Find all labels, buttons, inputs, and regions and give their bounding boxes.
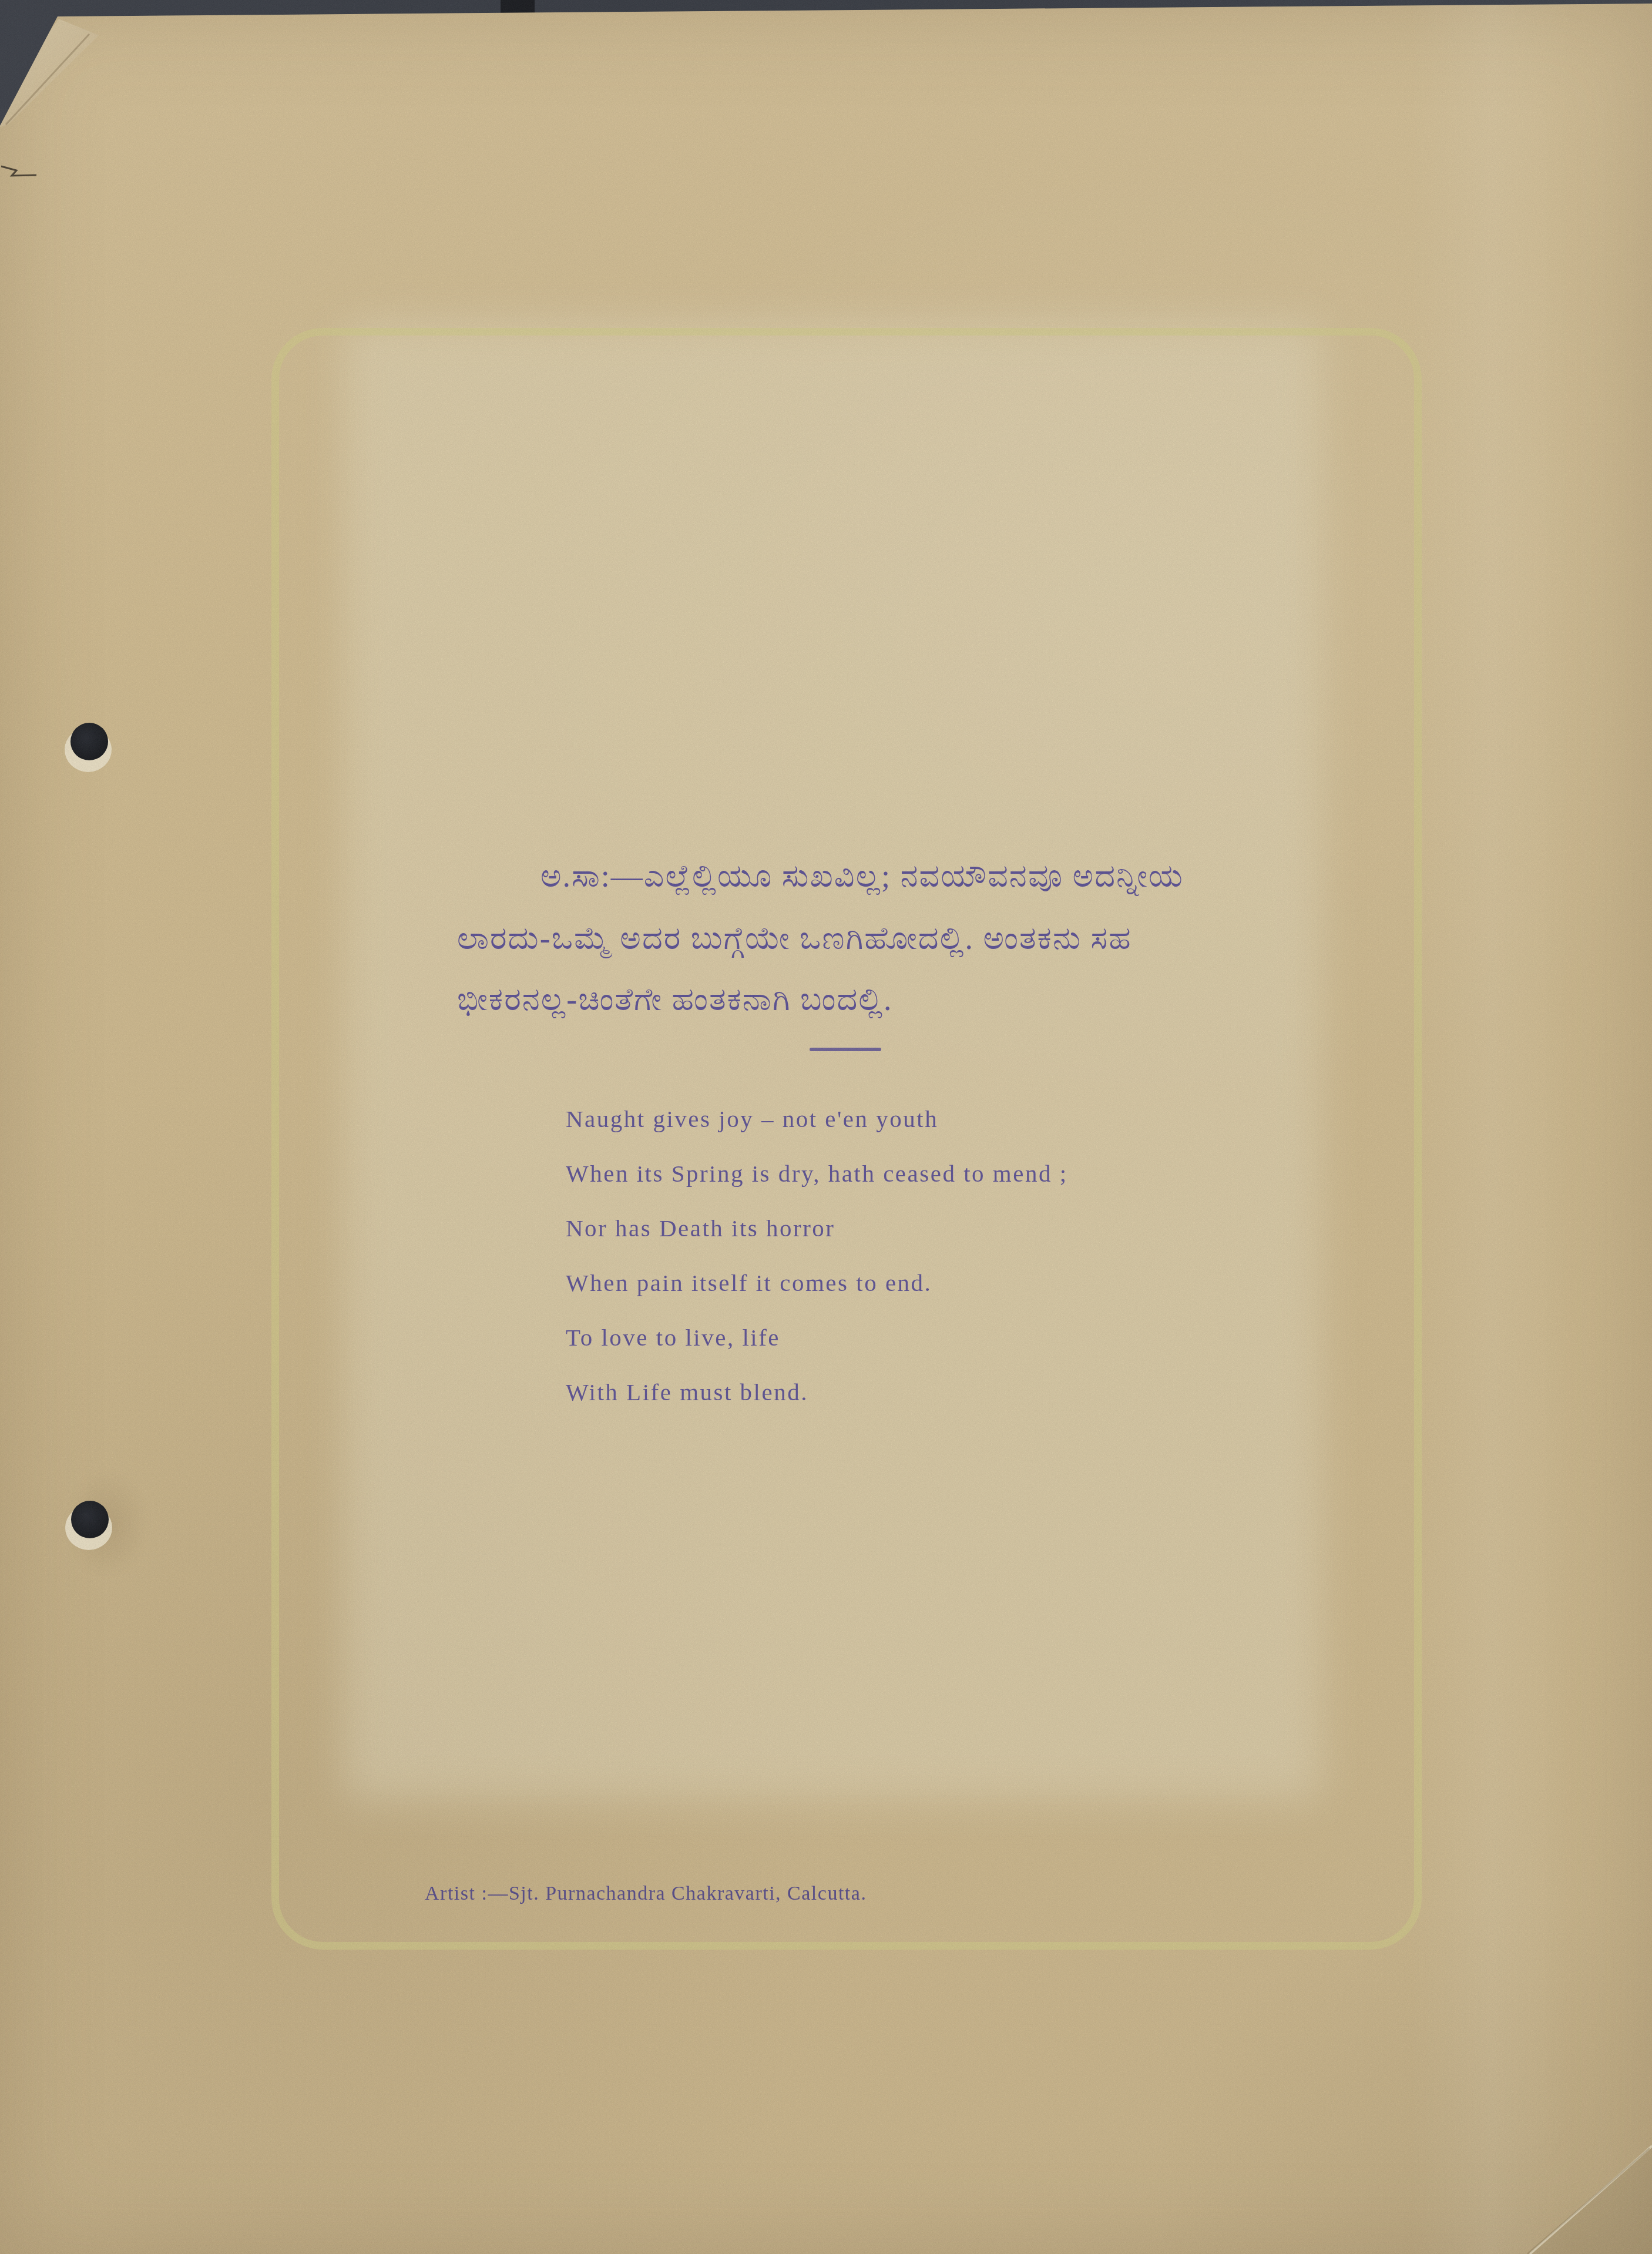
kannada-caption-line-1: ಅ.ಸಾ:—ಎಲ್ಲೆಲ್ಲಿಯೂ ಸುಖವಿಲ್ಲ; ನವಯೌವನವೂ ಅದನ… [540,858,1184,895]
poem-line: To love to live, life [566,1310,1068,1365]
punch-hole-top [70,723,108,760]
poem-line: Naught gives joy – not e'en youth [566,1092,1068,1146]
left-edge-crack [1,166,36,176]
kannada-caption-line-2: ಲಾರದು-ಒಮ್ಮೆ ಅದರ ಬುಗ್ಗೆಯೇ ಒಣಗಿಹೋದಲ್ಲಿ. ಅಂ… [457,920,1132,957]
album-page-sheet: ಅ.ಸಾ:—ಎಲ್ಲೆಲ್ಲಿಯೂ ಸುಖವಿಲ್ಲ; ನವಯೌವನವೂ ಅದನ… [0,0,1652,2254]
section-divider-rule [810,1048,881,1051]
poem-line: When pain itself it comes to end. [566,1256,1068,1310]
poem-line: With Life must blend. [566,1365,1068,1420]
poem-line: Nor has Death its horror [566,1201,1068,1256]
punch-hole-bottom [71,1501,109,1538]
kannada-caption-line-3: ಭೀಕರನಲ್ಲ-ಚಿಂತೆಗೇ ಹಂತಕನಾಗಿ ಬಂದಲ್ಲಿ. [457,981,893,1018]
poem-line: When its Spring is dry, hath ceased to m… [566,1146,1068,1201]
english-poem: Naught gives joy – not e'en youth When i… [566,1092,1068,1420]
scanned-album-page: ಅ.ಸಾ:—ಎಲ್ಲೆಲ್ಲಿಯೂ ಸುಖವಿಲ್ಲ; ನವಯೌವನವೂ ಅದನ… [0,0,1652,2254]
scan-light-band [1410,0,1574,2254]
artist-credit-line: Artist :—Sjt. Purnachandra Chakravarti, … [425,1883,867,1905]
